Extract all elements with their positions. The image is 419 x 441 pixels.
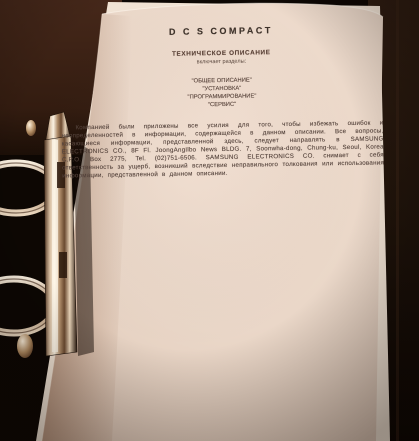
section-list: "ОБЩЕЕ ОПИСАНИЕ" "УСТАНОВКА" "ПРОГРАММИР…: [61, 74, 383, 111]
photographed-binder-page: D C S COMPACT ТЕХНИЧЕСКОЕ ОПИСАНИЕ включ…: [0, 0, 419, 441]
disclaimer-paragraph: Компанией были приложены все усилия для …: [61, 119, 384, 180]
document-page-content: D C S COMPACT ТЕХНИЧЕСКОЕ ОПИСАНИЕ включ…: [59, 0, 384, 181]
page-title: D C S COMPACT: [60, 23, 382, 38]
